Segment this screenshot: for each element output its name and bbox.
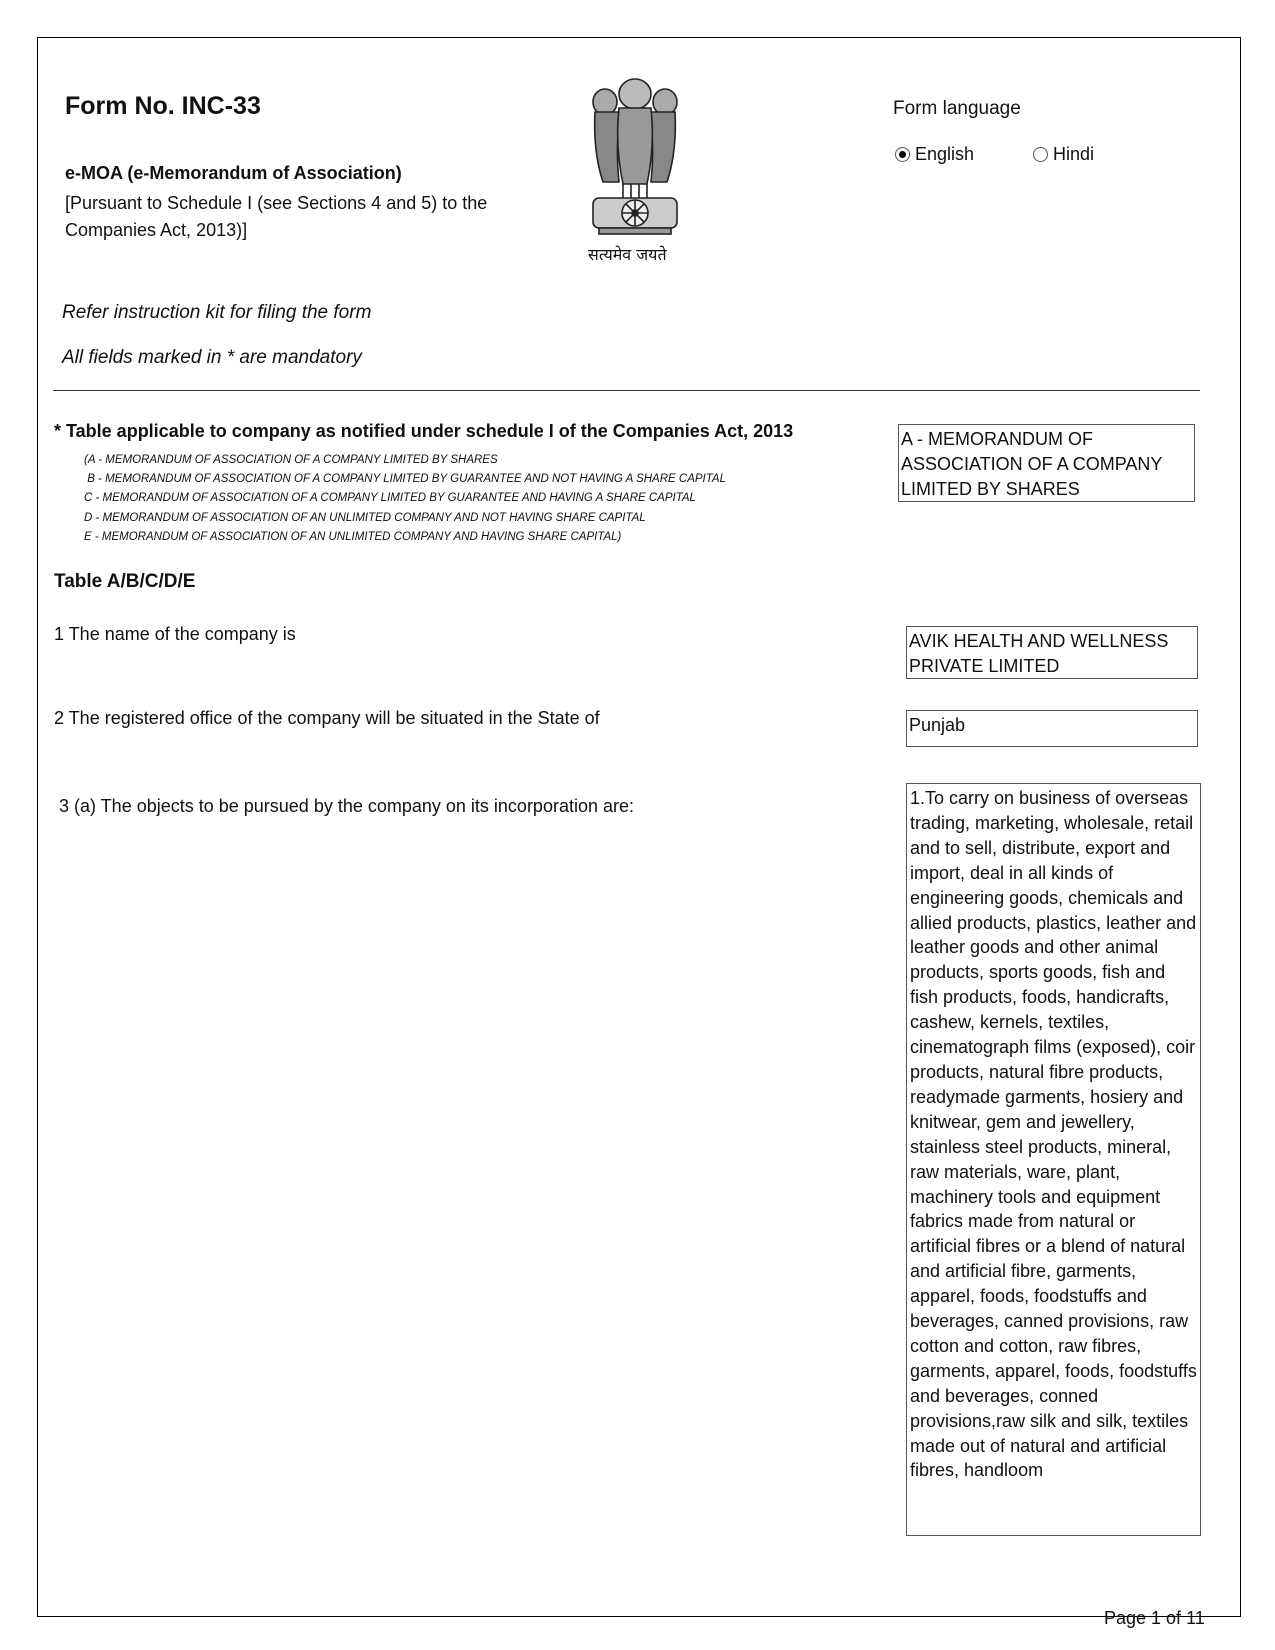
radio-hindi-label: Hindi	[1053, 144, 1094, 165]
radio-hindi[interactable]: Hindi	[1033, 144, 1094, 165]
section-divider	[53, 390, 1200, 391]
pursuant-text: [Pursuant to Schedule I (see Sections 4 …	[65, 190, 495, 244]
table-applicable-label: * Table applicable to company as notifie…	[54, 421, 793, 442]
objects-field[interactable]: 1.To carry on business of overseas tradi…	[906, 783, 1201, 1536]
memorandum-option: B - MEMORANDUM OF ASSOCIATION OF A COMPA…	[84, 470, 726, 489]
objects-label: 3 (a) The objects to be pursued by the c…	[59, 796, 634, 817]
radio-selected-icon[interactable]	[895, 147, 910, 162]
memorandum-options-list: (A - MEMORANDUM OF ASSOCIATION OF A COMP…	[84, 451, 726, 547]
page-indicator: Page 1 of 11	[1104, 1608, 1205, 1629]
form-number: Form No. INC-33	[65, 92, 261, 121]
instruction-kit-note: Refer instruction kit for filing the for…	[62, 302, 371, 324]
form-language-label: Form language	[893, 98, 1021, 120]
company-name-label: 1 The name of the company is	[54, 624, 296, 645]
radio-english[interactable]: English	[895, 144, 974, 165]
radio-unselected-icon[interactable]	[1033, 147, 1048, 162]
mandatory-note: All fields marked in * are mandatory	[62, 347, 362, 369]
table-heading: Table A/B/C/D/E	[54, 571, 195, 593]
memorandum-option: C - MEMORANDUM OF ASSOCIATION OF A COMPA…	[84, 489, 726, 508]
radio-english-label: English	[915, 144, 974, 165]
emblem-caption: सत्यमेव जयते	[588, 243, 667, 265]
memorandum-option: E - MEMORANDUM OF ASSOCIATION OF AN UNLI…	[84, 528, 726, 547]
registered-state-label: 2 The registered office of the company w…	[54, 708, 600, 729]
memorandum-option: (A - MEMORANDUM OF ASSOCIATION OF A COMP…	[84, 451, 726, 470]
memorandum-option: D - MEMORANDUM OF ASSOCIATION OF AN UNLI…	[84, 509, 726, 528]
table-applicable-field[interactable]: A - MEMORANDUM OF ASSOCIATION OF A COMPA…	[898, 424, 1195, 502]
registered-state-field[interactable]: Punjab	[906, 710, 1198, 747]
company-name-field[interactable]: AVIK HEALTH AND WELLNESS PRIVATE LIMITED	[906, 626, 1198, 679]
form-title: e-MOA (e-Memorandum of Association)	[65, 163, 402, 184]
national-emblem-icon	[575, 72, 695, 267]
